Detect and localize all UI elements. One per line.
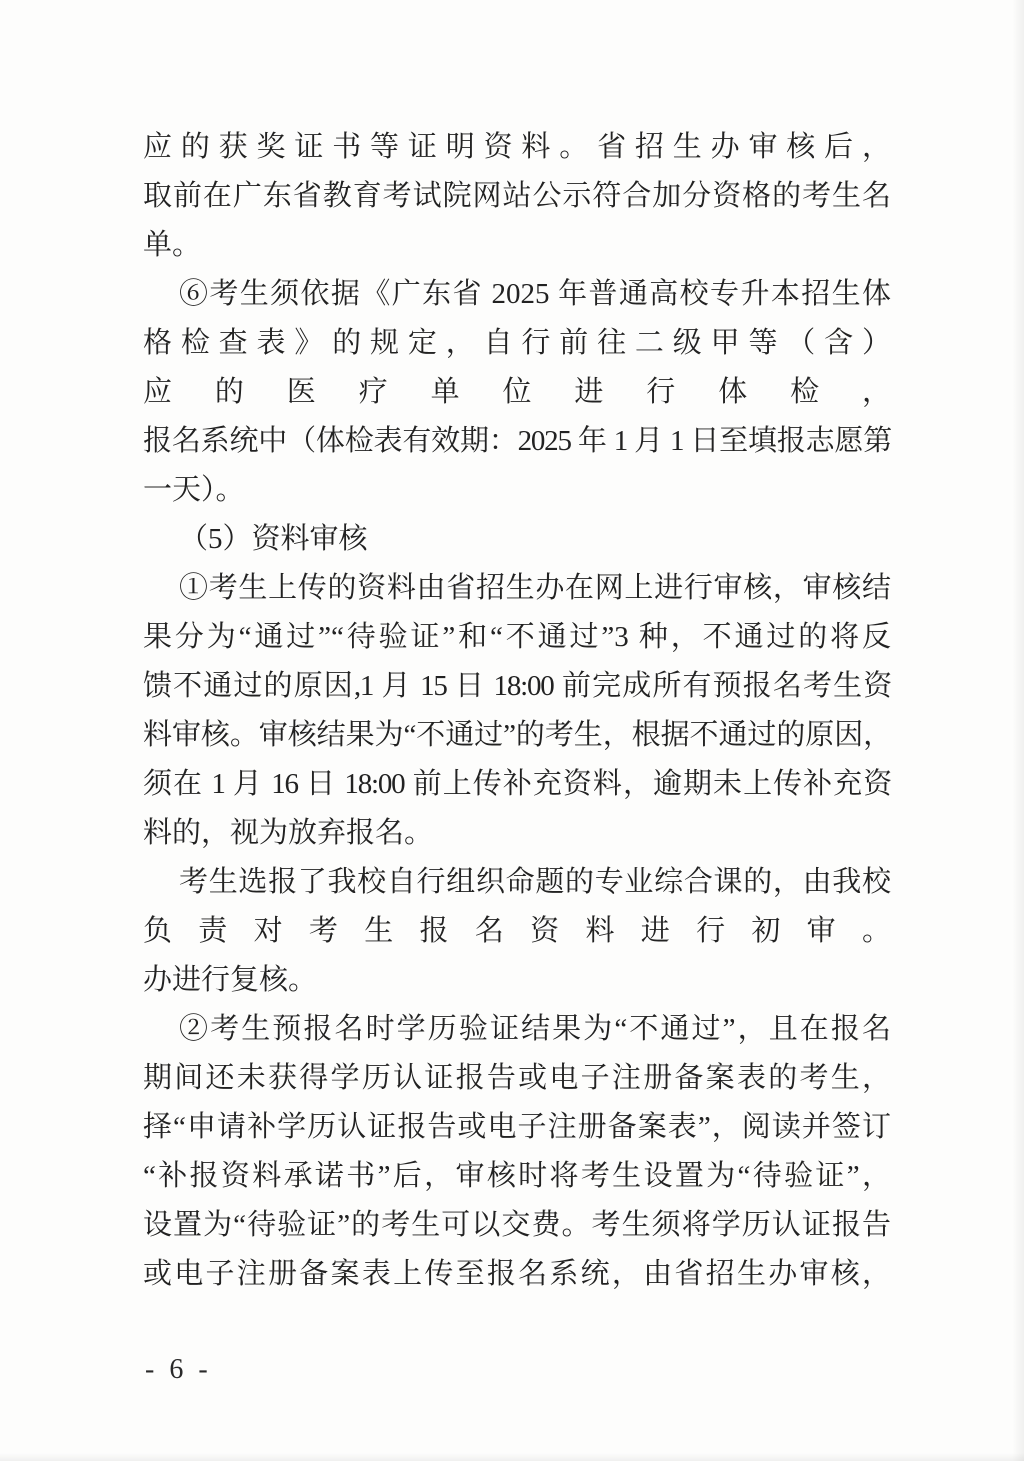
text-line: 负责对考生报名资料进行初审。初审合格的考生提交省招生 <box>143 907 891 956</box>
text-line: 馈不通过的原因,1 月 15 日 18:00 前完成所有预报名考生资 <box>143 662 891 711</box>
text-line: 格检查表》的规定，自行前往二级甲等（含）以上医院或相 <box>143 319 891 368</box>
text-line: 料审核。审核结果为“不通过”的考生，根据不通过的原因， <box>143 711 891 760</box>
text-line: 应的获奖证书等证明资料。省招生办审核后，普通专升本录 <box>143 123 891 172</box>
text-line: 果分为“通过”“待验证”和“不通过”3 种，不通过的将反 <box>143 613 891 662</box>
text-line: 考生选报了我校自行组织命题的专业综合课的，由我校 <box>143 858 891 907</box>
text-line: 料的，视为放弃报名。 <box>143 809 891 858</box>
text-line: ⑥考生须依据《广东省 2025 年普通高校专升本招生体 <box>143 270 891 319</box>
text-line: “补报资料承诺书”后，审核时将考生设置为“待验证”， <box>143 1152 891 1201</box>
text-line: ②考生预报名时学历验证结果为“不通过”，且在报名 <box>143 1005 891 1054</box>
text-line: 一天）。 <box>143 466 891 515</box>
text-line: 或电子注册备案表上传至报名系统，由省招生办审核，上传 <box>143 1250 891 1299</box>
text-line: 报名系统中（体检表有效期：2025 年 1 月 1 日至填报志愿第 <box>143 417 891 466</box>
text-line: 取前在广东省教育考试院网站公示符合加分资格的考生名 <box>143 172 891 221</box>
text-line: 期间还未获得学历认证报告或电子注册备案表的考生，可选 <box>143 1054 891 1103</box>
text-line: 择“申请补学历认证报告或电子注册备案表”，阅读并签订 <box>143 1103 891 1152</box>
text-line: 应的医疗单位进行体检，填报志愿开始前将体检结果上传至 <box>143 368 891 417</box>
text-line: 办进行复核。 <box>143 956 891 1005</box>
text-line: 须在 1 月 16 日 18:00 前上传补充资料，逾期未上传补充资 <box>143 760 891 809</box>
document-body: 应的获奖证书等证明资料。省招生办审核后，普通专升本录 取前在广东省教育考试院网站… <box>143 123 891 1299</box>
text-line: 设置为“待验证”的考生可以交费。考生须将学历认证报告 <box>143 1201 891 1250</box>
text-line: ①考生上传的资料由省招生办在网上进行审核，审核结 <box>143 564 891 613</box>
section-heading: （5）资料审核 <box>143 515 891 564</box>
page-number: - 6 - <box>145 1349 212 1391</box>
text-line: 单。 <box>143 221 891 270</box>
